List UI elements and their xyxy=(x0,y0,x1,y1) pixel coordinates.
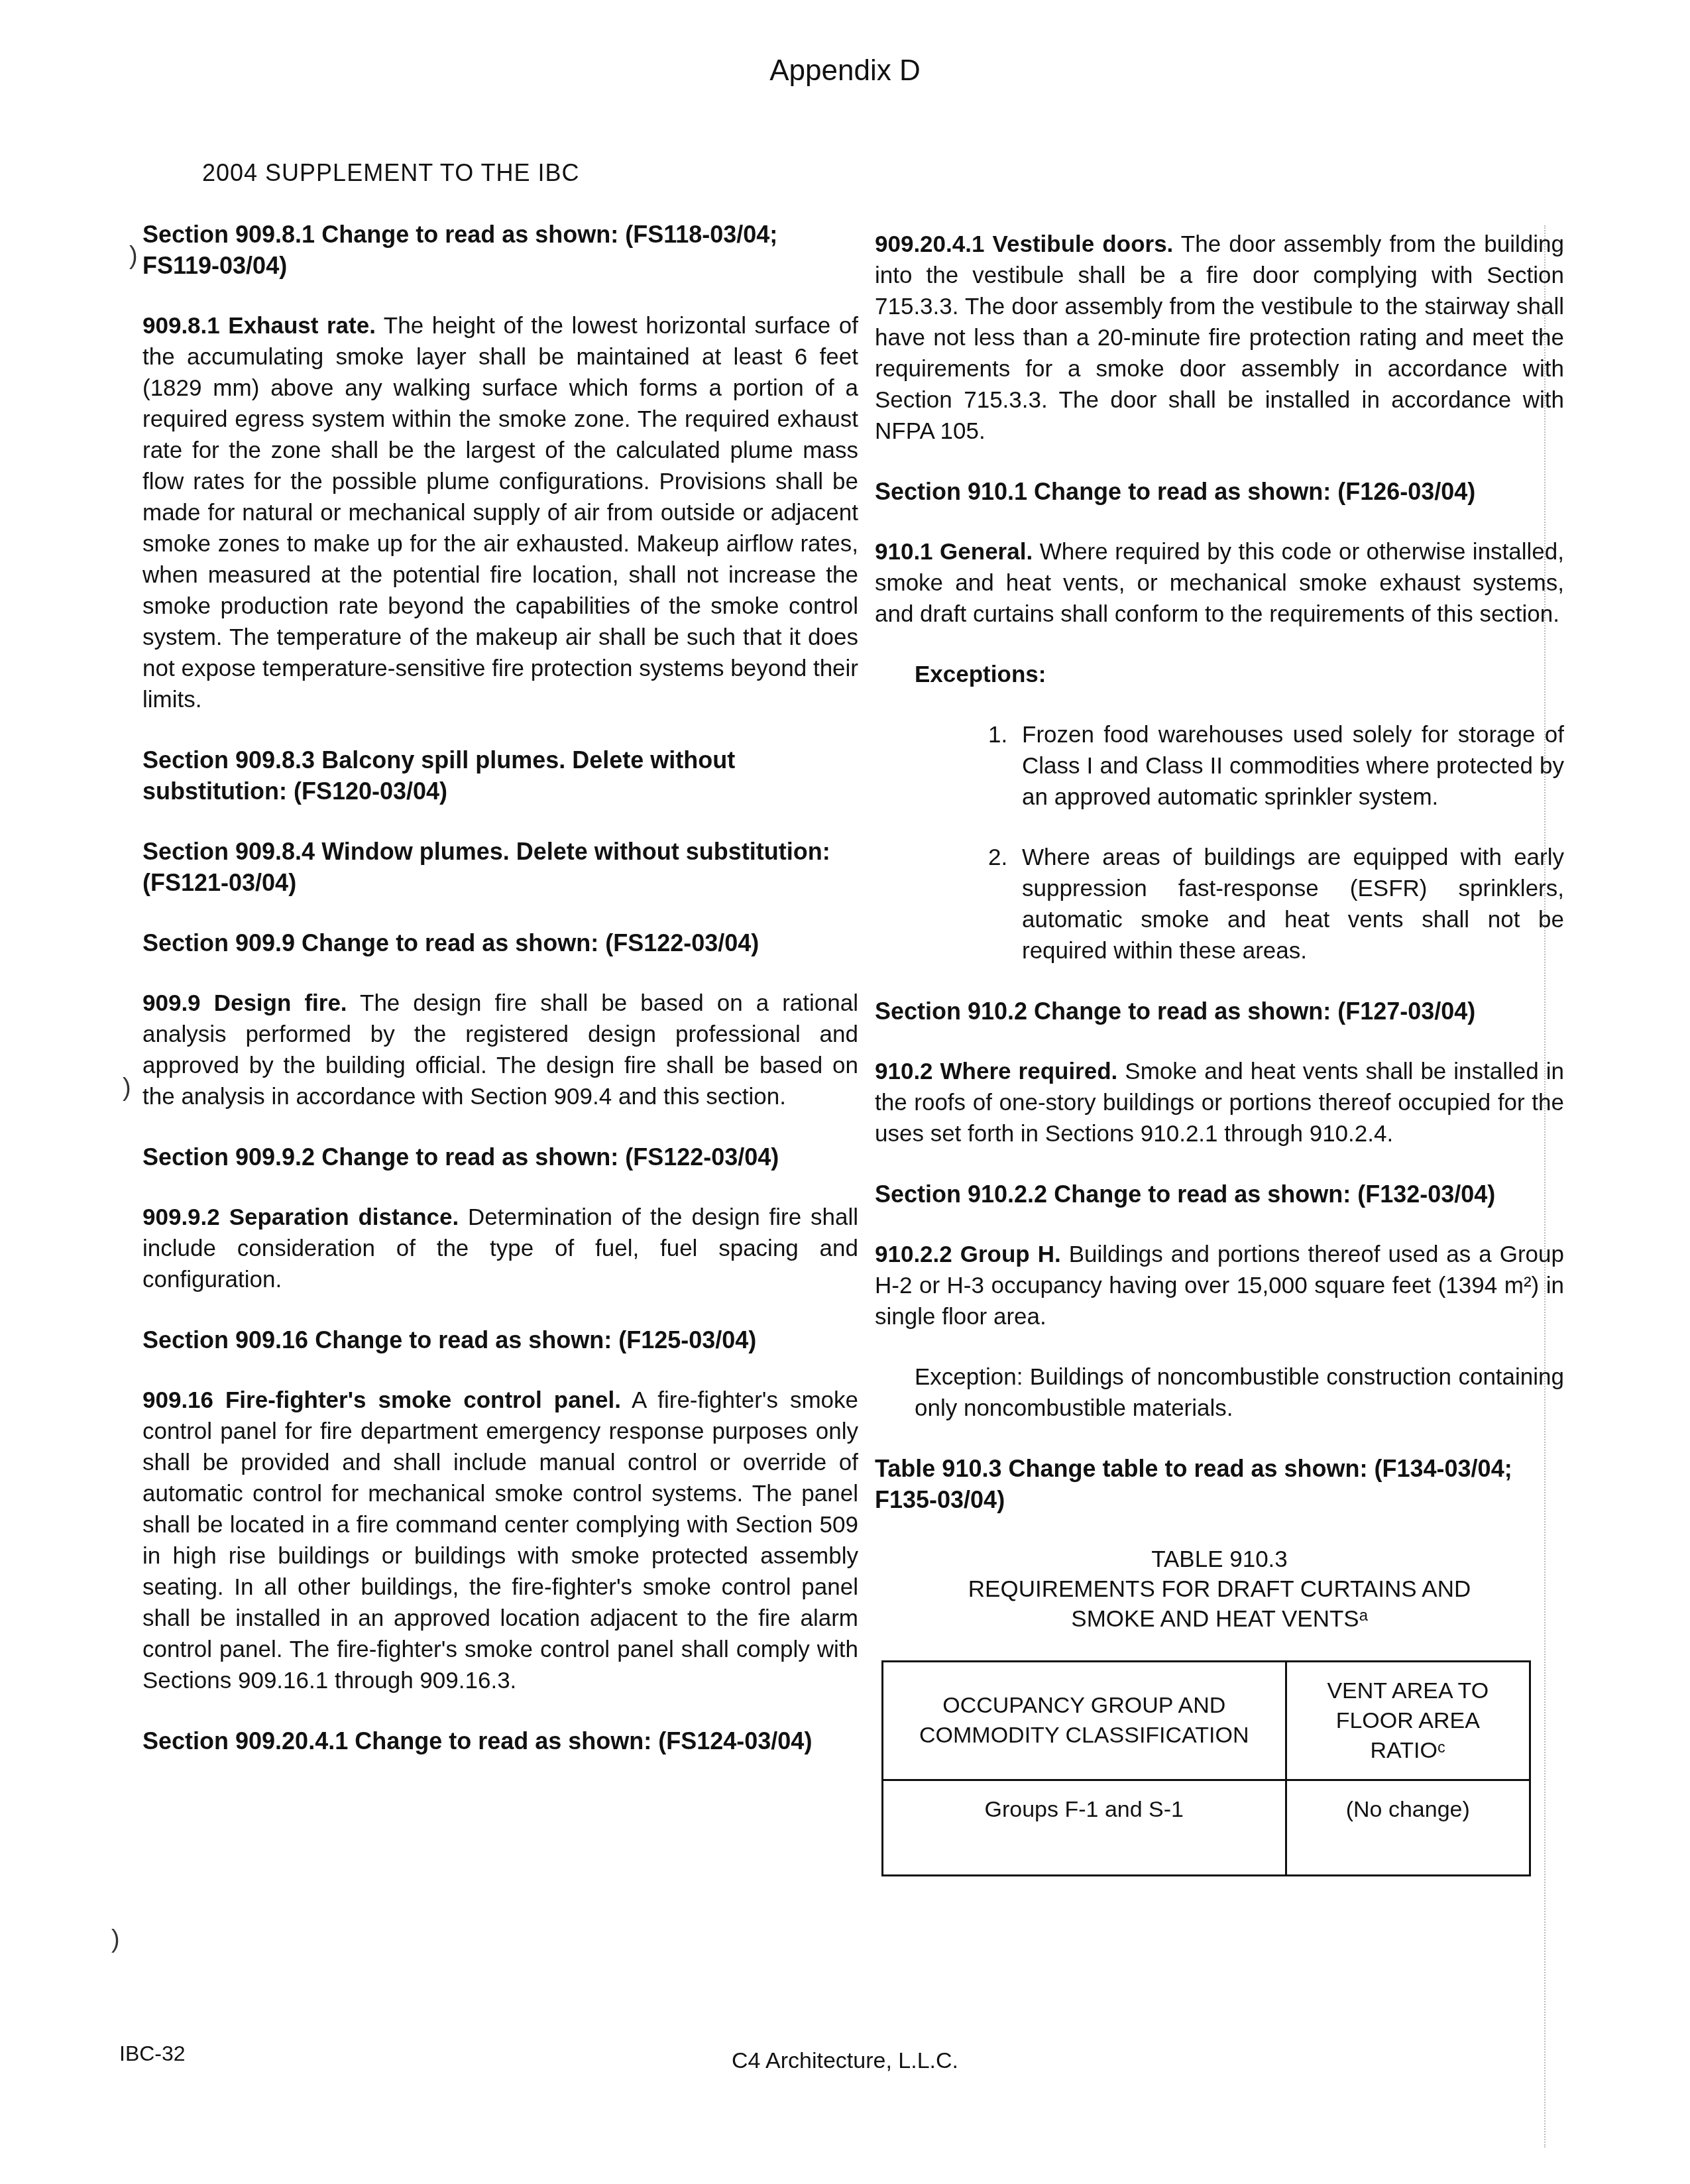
table-cell: Groups F-1 and S-1 xyxy=(883,1780,1286,1876)
section-heading: Section 909.8.4 Window plumes. Delete wi… xyxy=(142,836,858,898)
paragraph: 909.9.2 Separation distance. Determinati… xyxy=(142,1202,858,1295)
paragraph: 910.2 Where required. Smoke and heat ven… xyxy=(875,1056,1564,1149)
exception-paragraph: Exception: Buildings of noncombustible c… xyxy=(915,1361,1564,1424)
exception-item: Frozen food warehouses used solely for s… xyxy=(1014,719,1564,813)
section-heading: Section 909.9.2 Change to read as shown:… xyxy=(142,1141,858,1173)
requirements-table: OCCUPANCY GROUP AND COMMODITY CLASSIFICA… xyxy=(881,1660,1531,1876)
page-title: Appendix D xyxy=(0,54,1690,87)
section-heading: Section 909.16 Change to read as shown: … xyxy=(142,1324,858,1355)
section-heading: Section 910.1 Change to read as shown: (… xyxy=(875,476,1564,507)
paragraph: 909.8.1 Exhaust rate. The height of the … xyxy=(142,310,858,715)
paragraph: 910.1 General. Where required by this co… xyxy=(875,536,1564,630)
exceptions-label: Exceptions: xyxy=(915,659,1564,690)
section-heading: Section 909.8.1 Change to read as shown:… xyxy=(142,219,858,281)
left-column: Section 909.8.1 Change to read as shown:… xyxy=(142,219,858,1786)
margin-mark: ) xyxy=(111,1925,120,1954)
section-heading: Section 909.9 Change to read as shown: (… xyxy=(142,927,858,958)
section-heading: Table 910.3 Change table to read as show… xyxy=(875,1453,1564,1515)
section-heading: Section 909.20.4.1 Change to read as sho… xyxy=(142,1725,858,1756)
table-header: OCCUPANCY GROUP AND COMMODITY CLASSIFICA… xyxy=(883,1662,1286,1780)
paragraph: 909.9 Design fire. The design fire shall… xyxy=(142,988,858,1112)
supplement-title: 2004 SUPPLEMENT TO THE IBC xyxy=(202,159,580,187)
table-header: VENT AREA TO FLOOR AREA RATIOᶜ xyxy=(1286,1662,1530,1780)
margin-mark: ) xyxy=(129,242,138,270)
section-heading: Section 910.2 Change to read as shown: (… xyxy=(875,996,1564,1027)
table-row: Groups F-1 and S-1 (No change) xyxy=(883,1780,1530,1876)
paragraph: 909.16 Fire-fighter's smoke control pane… xyxy=(142,1385,858,1696)
paragraph: 909.20.4.1 Vestibule doors. The door ass… xyxy=(875,229,1564,447)
section-heading: Section 909.8.3 Balcony spill plumes. De… xyxy=(142,744,858,807)
margin-mark: ) xyxy=(123,1074,131,1102)
right-column: 909.20.4.1 Vestibule doors. The door ass… xyxy=(875,229,1564,1876)
table-title: TABLE 910.3 REQUIREMENTS FOR DRAFT CURTA… xyxy=(875,1544,1564,1634)
exceptions-list: Frozen food warehouses used solely for s… xyxy=(875,719,1564,966)
footer-company: C4 Architecture, L.L.C. xyxy=(0,2048,1690,2074)
paragraph: 910.2.2 Group H. Buildings and portions … xyxy=(875,1239,1564,1332)
exception-item: Where areas of buildings are equipped wi… xyxy=(1014,842,1564,966)
table-cell: (No change) xyxy=(1286,1780,1530,1876)
section-heading: Section 910.2.2 Change to read as shown:… xyxy=(875,1178,1564,1210)
